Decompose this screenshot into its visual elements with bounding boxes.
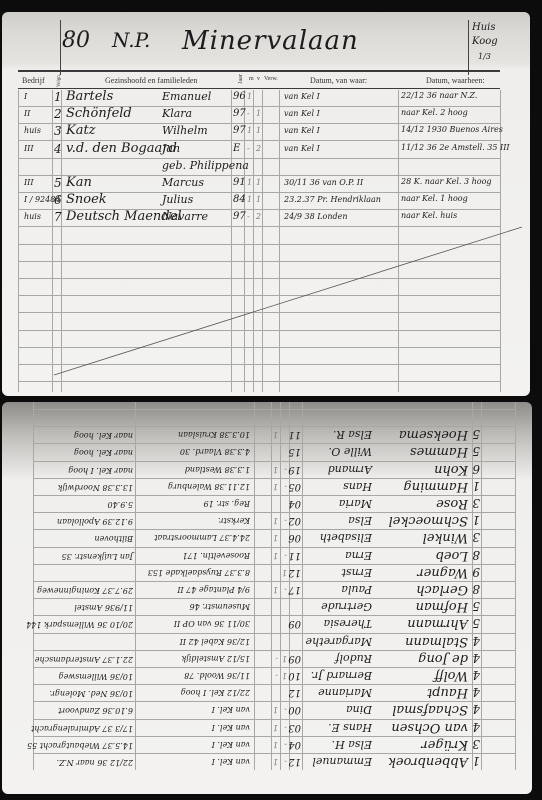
cell-van-waar: Kerkstr. — [218, 516, 250, 525]
cell-van-waar: 8.3.37 Ruysdaelkade 153 — [148, 568, 250, 577]
cell-m: - — [284, 516, 287, 525]
cell-m: - — [284, 465, 287, 474]
cell-jaar: 19 — [288, 464, 301, 475]
cell-van-waar: van Kel. I — [212, 740, 250, 749]
cell-jaar: 10 — [288, 670, 301, 681]
cell-waarheen: Bilthoven — [94, 534, 133, 543]
cell-given-name: Wille O. — [328, 445, 372, 458]
cell-volgnr: 5 — [472, 427, 480, 441]
cell-surname: Haupt — [427, 685, 468, 700]
cell-van-waar: 11/36 Woold. 78 — [184, 671, 250, 680]
cell-volgnr: 4 — [472, 668, 480, 682]
cell-m: - — [284, 740, 287, 749]
cell-surname: Schaafsmal — [392, 702, 468, 717]
cell-surname: Gerlach — [416, 582, 468, 597]
cell-jaar: 00 — [288, 704, 301, 715]
cell-volgnr: 8 — [472, 582, 480, 596]
cell-jaar: 03 — [288, 722, 301, 733]
cell-v: 1 — [273, 482, 278, 491]
cell-v: 1 — [273, 705, 278, 714]
column-rule — [280, 402, 281, 770]
cell-m: - — [284, 585, 287, 594]
cell-volgnr: 5 — [472, 616, 480, 630]
cell-v: 1 — [273, 430, 278, 439]
row-rule — [34, 409, 516, 410]
cell-van-waar: 12.11.38 Walenburg — [168, 482, 250, 491]
cell-surname: Wagner — [417, 565, 468, 580]
cell-given-name: Theresia — [324, 617, 372, 630]
cell-m: 1 — [282, 654, 287, 663]
cell-jaar: 12 — [288, 567, 301, 578]
cell-given-name: Marianne — [318, 686, 372, 699]
cell-waarheen: naar Kel. hoog — [74, 431, 133, 440]
cell-jaar: 12 — [288, 687, 301, 698]
registration-card-upper: 80 N.P. Minervalaan Huis Koog 1/3 Bedrij… — [2, 12, 530, 396]
cell-waarheen: 29.7.37 Koninginneweg — [37, 586, 133, 595]
cell-given-name: Hans — [343, 480, 372, 493]
cell-van-waar: 15/12 Amsteldijk — [181, 654, 250, 663]
column-rule — [33, 402, 34, 770]
cell-waarheen: 9.12.39 Apollolaan — [57, 517, 133, 526]
cell-van-waar: Museumstr. 46 — [190, 602, 250, 611]
cell-surname: Loeb — [436, 548, 468, 563]
cell-jaar: 06 — [288, 532, 301, 543]
cell-m: 1 — [282, 671, 287, 680]
cell-v: 1 — [273, 757, 278, 766]
cell-given-name: Gertrude — [321, 600, 372, 613]
cell-van-waar: 4.3.38 Vlaard. 30 — [180, 447, 250, 456]
cell-v: 1 — [273, 740, 278, 749]
column-rule — [135, 402, 136, 770]
cell-waarheen: 22.1.37 Amsterdamsche — [35, 655, 133, 664]
cell-van-waar: 12/36 Kabel 42 II — [180, 637, 250, 646]
cell-v: 1 — [273, 585, 278, 594]
registration-card-lower: 1AbbenbroekEmmanuel12-1van Kel. I22/12 3… — [2, 402, 532, 794]
cell-waarheen: 10/36 Ned. Molengr. — [49, 689, 133, 698]
cell-surname: Schmoeckel — [389, 513, 468, 528]
cell-waarheen: Jan Luijkenstr. 35 — [62, 552, 133, 561]
cell-volgnr: 9 — [472, 565, 480, 579]
cell-van-waar: 1.3.38 Westland — [185, 465, 250, 474]
cell-surname: Winkel — [423, 530, 468, 545]
cell-surname: Wolff — [434, 668, 468, 683]
cell-v: 1 — [273, 465, 278, 474]
cell-surname: Hamming — [403, 479, 468, 494]
cell-surname: Hoeksema — [399, 427, 468, 442]
cell-jaar: 12 — [288, 756, 301, 767]
cell-waarheen: 5.9.40 — [108, 500, 133, 509]
cell-van-waar: 22/12 Kel. I hoog — [181, 688, 250, 697]
cell-waarheen: 6.10.36 Zandvoort — [58, 706, 133, 715]
cell-waarheen: 13.3.38 Noordwijk — [58, 483, 133, 492]
cell-volgnr: 1 — [472, 513, 480, 527]
cell-v: 1 — [273, 551, 278, 560]
cell-given-name: Armand — [328, 463, 372, 476]
cell-given-name: Maria — [339, 497, 372, 510]
cell-jaar: 17 — [288, 584, 301, 595]
cell-v: - — [275, 654, 278, 663]
cell-van-waar: Rooseveltln. 171 — [182, 551, 250, 560]
cell-given-name: Elsa R. — [333, 428, 372, 441]
cell-jaar: 11 — [288, 429, 301, 440]
cell-surname: Ahrmann — [407, 616, 468, 631]
cell-jaar: 15 — [288, 446, 301, 457]
cell-surname: de Jong — [418, 651, 468, 666]
cell-given-name: Hans E. — [328, 721, 372, 734]
column-rule — [515, 402, 516, 770]
cell-given-name: Elisabeth — [320, 531, 372, 544]
cell-given-name: Ernst — [342, 566, 372, 579]
cell-van-waar: 9/4 Plantage 47 II — [177, 585, 250, 594]
cell-given-name: Emmanuel — [312, 755, 372, 768]
cell-v: 1 — [273, 723, 278, 732]
column-rule — [302, 402, 303, 770]
cell-van-waar: Reg. str. 19 — [204, 499, 251, 508]
cell-jaar: 04 — [288, 498, 301, 509]
cell-surname: Rose — [436, 496, 468, 511]
cell-surname: Hammes — [410, 444, 468, 459]
cell-given-name: Bernard Jr. — [311, 669, 372, 682]
cell-volgnr: 5 — [472, 444, 480, 458]
cell-given-name: Elsa — [348, 514, 372, 527]
cell-waarheen: naar Kel. I hoog — [68, 466, 133, 475]
cell-v: 1 — [273, 533, 278, 542]
cell-m: 1 — [282, 568, 287, 577]
cell-volgnr: 1 — [472, 479, 480, 493]
cell-v: - — [275, 671, 278, 680]
cell-surname: van Ochsen — [391, 720, 468, 735]
cell-van-waar: 10.3.38 Kruislaan — [178, 430, 250, 439]
cell-volgnr: 3 — [472, 737, 480, 751]
cell-surname: Krüger — [421, 737, 468, 752]
cell-van-waar: van Kel. I — [212, 705, 250, 714]
cell-m: - — [284, 723, 287, 732]
cell-van-waar: 30/11 36 van OP II — [174, 619, 250, 628]
cell-m: - — [284, 757, 287, 766]
cell-given-name: Paula — [341, 583, 372, 596]
cell-volgnr: 4 — [472, 685, 480, 699]
cell-waarheen: 20/10 36 Willemspark 144 — [26, 620, 133, 629]
cell-jaar: 09 — [288, 653, 301, 664]
cell-m: - — [284, 705, 287, 714]
cell-volgnr: 5 — [472, 599, 480, 613]
cell-jaar: 04 — [288, 739, 301, 750]
cell-waarheen: 11/936 Amstel — [74, 603, 133, 612]
cell-given-name: Margarethe — [306, 635, 372, 648]
cell-volgnr: 4 — [472, 702, 480, 716]
cell-volgnr: 4 — [472, 651, 480, 665]
cell-surname: Stalmann — [405, 634, 468, 649]
cell-van-waar: van Kel. I — [212, 723, 250, 732]
cell-given-name: Elsa H. — [332, 738, 372, 751]
cell-volgnr: 1 — [472, 754, 480, 768]
cell-v: 1 — [273, 516, 278, 525]
cell-van-waar: van Kel. I — [212, 757, 250, 766]
cell-given-name: Rudolf — [335, 652, 372, 665]
cell-given-name: Erna — [345, 549, 372, 562]
cell-waarheen: 22/12 36 naar N.Z. — [57, 758, 133, 767]
cell-m: - — [284, 482, 287, 491]
cell-van-waar: 24.4.37 Lammoorstraat — [154, 533, 250, 542]
cell-volgnr: 3 — [472, 530, 480, 544]
cell-given-name: Dina — [346, 703, 372, 716]
cell-waarheen: 10/36 Willemsweg — [59, 672, 133, 681]
cell-surname: Hofman — [416, 599, 468, 614]
cell-m: - — [284, 551, 287, 560]
cell-waarheen: 14.5.37 Wiebautgracht 55 — [27, 741, 133, 750]
column-rule — [254, 402, 255, 770]
column-rule — [271, 402, 272, 770]
cell-jaar: 09 — [288, 618, 301, 629]
cell-volgnr: 8 — [472, 548, 480, 562]
cell-jaar: 11 — [288, 550, 301, 561]
cell-jaar: 02 — [288, 515, 301, 526]
cell-surname: Kohn — [434, 462, 468, 477]
cell-volgnr: 6 — [472, 462, 480, 476]
column-rule — [481, 402, 482, 770]
cell-volgnr: 4 — [472, 720, 480, 734]
cell-jaar: 05 — [288, 481, 301, 492]
cell-surname: Abbenbroek — [388, 754, 468, 769]
cell-volgnr: 4 — [472, 634, 480, 648]
cell-waarheen: 17/3 37 Admiralengracht — [31, 724, 133, 733]
cell-volgnr: 3 — [472, 496, 480, 510]
cell-waarheen: naar Kel. hoog — [74, 448, 133, 457]
cancel-stroke — [2, 12, 530, 396]
